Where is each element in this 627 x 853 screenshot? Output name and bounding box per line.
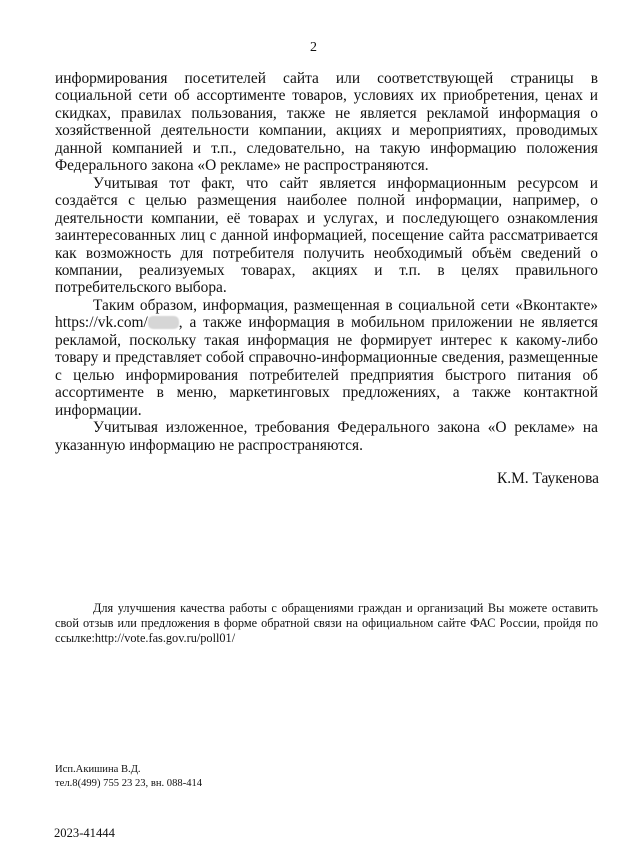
paragraph-vkontakte: Таким образом, информация, размещенная в…	[55, 297, 598, 419]
signatory-name: К.М. Таукенова	[497, 470, 599, 488]
page-number: 2	[0, 40, 627, 56]
vk-link-prefix: https://vk.com/	[55, 314, 148, 331]
feedback-note: Для улучшения качества работы с обращени…	[55, 601, 598, 647]
paragraph-conclusion: Учитывая изложенное, требования Федераль…	[55, 419, 598, 454]
executor-info: Исп.Акишина В.Д. тел.8(499) 755 23 23, в…	[55, 763, 202, 791]
registration-number: 2023-41444	[54, 826, 115, 841]
paragraph-website: Учитывая тот факт, что сайт является инф…	[55, 175, 598, 297]
vk-link[interactable]: https://vk.com/	[55, 314, 179, 331]
executor-phone: тел.8(499) 755 23 23, вн. 088-414	[55, 777, 202, 791]
executor-name: Исп.Акишина В.Д.	[55, 763, 202, 777]
letter-body: информирования посетителей сайта или соо…	[55, 70, 598, 454]
feedback-text: Для улучшения качества работы с обращени…	[55, 601, 598, 647]
redacted-blur	[148, 316, 179, 329]
paragraph-continuation: информирования посетителей сайта или соо…	[55, 70, 598, 175]
paragraph-text-before-link: Таким образом, информация, размещенная в…	[93, 297, 598, 314]
